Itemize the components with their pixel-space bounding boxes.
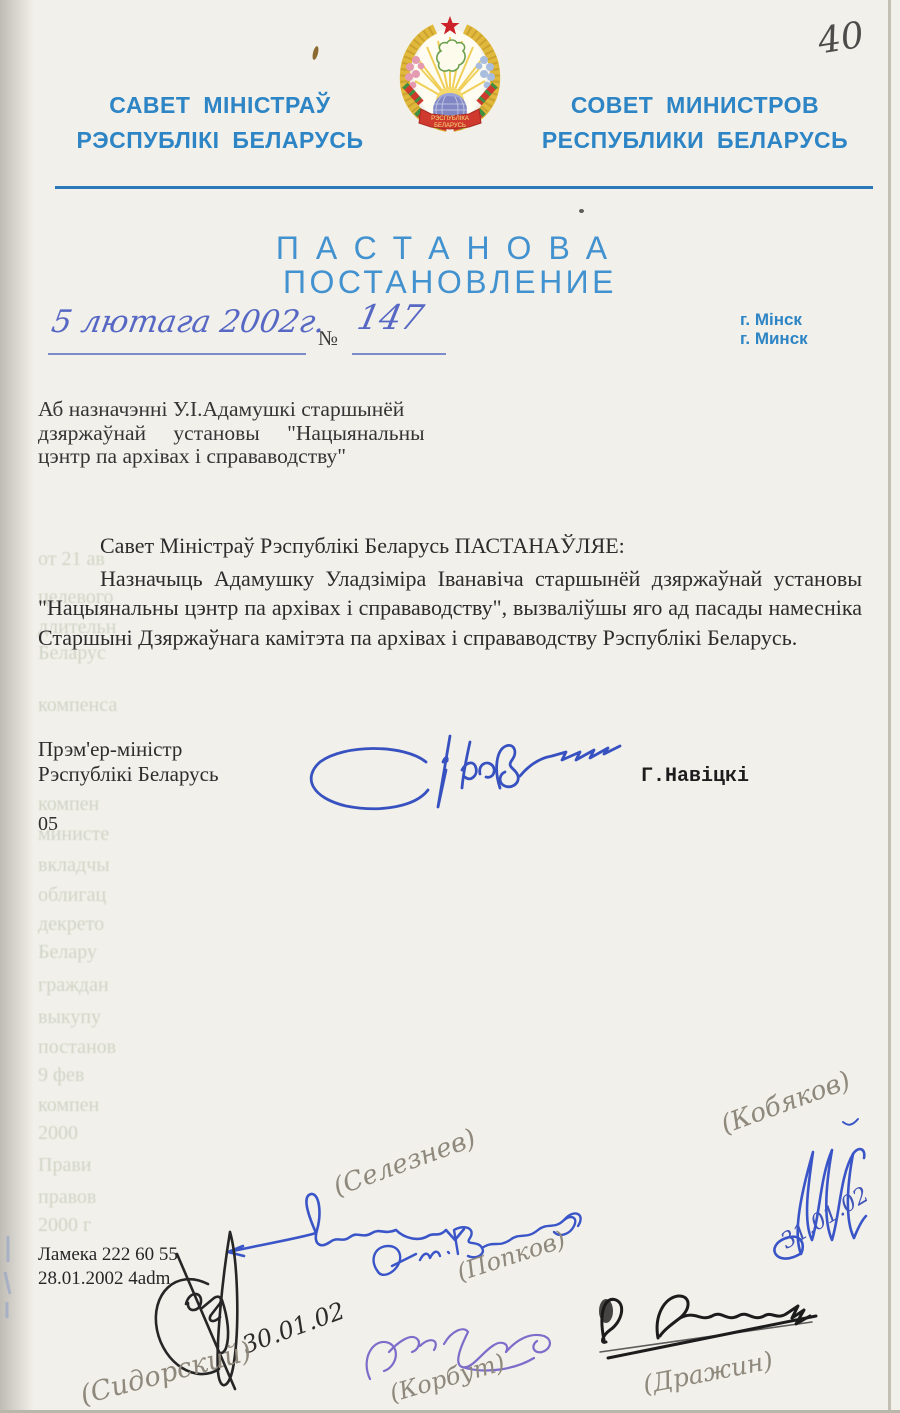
- number-underline: [352, 353, 446, 355]
- emblem-banner-text-line1: РЭСПУБЛІКА: [431, 116, 469, 122]
- city-block: г. Мінск г. Минск: [740, 310, 808, 348]
- paper-speck: [579, 209, 584, 213]
- bleedthrough-text: постанов: [38, 1036, 116, 1059]
- subject-block: Аб назначэнні У.І.Адамушкі старшынёй дзя…: [38, 398, 458, 469]
- bleedthrough-text: граждан: [38, 974, 109, 997]
- visa-name-korbut: (Корбут): [386, 1348, 508, 1408]
- org-name-by-line2: РЭСПУБЛІКІ БЕЛАРУСЬ: [40, 123, 400, 158]
- body-paragraph: Назначыць Адамушку Уладзіміра Іванавіча …: [38, 564, 862, 653]
- premier-name: Г.Навіцкі: [641, 765, 749, 788]
- bleedthrough-text: Белару: [38, 941, 97, 964]
- body-block: Савет Міністраў Рэспублікі Беларусь ПАСТ…: [38, 531, 862, 652]
- visa-signature-drazhin: [599, 1296, 816, 1358]
- footer-block: Ламека 222 60 55 28.01.2002 4adm: [38, 1243, 178, 1291]
- visa-signature-seleznev: [228, 1194, 464, 1256]
- signatures-layer: [0, 0, 900, 1413]
- body-lead: Савет Міністраў Рэспублікі Беларусь ПАСТ…: [38, 531, 862, 561]
- premier-title-block: Прэм'ер-міністр Рэспублікі Беларусь: [38, 737, 219, 787]
- visa-date-kobyakov: 31.01.02: [777, 1183, 874, 1255]
- subject-line: цэнтр па архівах і справаводству": [38, 445, 458, 469]
- bleedthrough-text: 9 фев: [38, 1064, 84, 1087]
- bleedthrough-text: выкупу: [38, 1006, 101, 1029]
- bleedthrough-text: 2000: [38, 1122, 78, 1145]
- org-name-ru-line2: РЕСПУБЛИКИ БЕЛАРУСЬ: [505, 123, 885, 158]
- bleedthrough-text: компен: [38, 1094, 99, 1117]
- visa-name-drazhin: (Дражин): [640, 1346, 775, 1400]
- org-name-ru-line1: СОВЕТ МИНИСТРОВ: [505, 88, 885, 123]
- visa-name-sidorsky: (Сидорский): [77, 1336, 255, 1411]
- bleedthrough-text: компенса: [38, 694, 117, 717]
- bleedthrough-text: облигац: [38, 884, 106, 907]
- org-name-russian: СОВЕТ МИНИСТРОВ РЕСПУБЛИКИ БЕЛАРУСЬ: [505, 88, 885, 158]
- bleedthrough-text: Прави: [38, 1154, 91, 1177]
- doc-title-russian: ПОСТАНОВЛЕНИЕ: [170, 264, 730, 301]
- sheet-number-annotation: 40: [815, 15, 867, 63]
- premier-title-line1: Прэм'ер-міністр: [38, 737, 219, 762]
- subject-line: Аб назначэнні У.І.Адамушкі старшынёй: [38, 398, 458, 422]
- subject-line: дзяржаўнай установы "Нацыянальны: [38, 422, 458, 446]
- bleedthrough-text: декрето: [38, 913, 104, 936]
- city-line-russian: г. Минск: [740, 329, 808, 348]
- visa-date-sidorsky: 30.01.02: [238, 1297, 348, 1360]
- org-name-belarusian: САВЕТ МІНІСТРАЎ РЭСПУБЛІКІ БЕЛАРУСЬ: [40, 88, 400, 158]
- date-handwritten: 5 лютага 2002г.: [49, 304, 328, 340]
- number-handwritten: 147: [354, 298, 427, 338]
- coat-of-arms-belarus-emblem: РЭСПУБЛІКА БЕЛАРУСЬ: [397, 15, 503, 135]
- premier-title-line2: Рэспублікі Беларусь: [38, 762, 219, 787]
- date-underline: [48, 353, 306, 355]
- header-divider-line: [55, 186, 873, 189]
- emblem-banner-text-line2: БЕЛАРУСЬ: [434, 123, 466, 129]
- org-name-by-line1: САВЕТ МІНІСТРАЎ: [40, 88, 400, 123]
- bleedthrough-text: вкладчы: [38, 854, 110, 877]
- footer-date-code: 28.01.2002 4adm: [38, 1267, 178, 1291]
- doc-title-belarusian: ПАСТАНОВА: [170, 230, 730, 267]
- city-line-belarusian: г. Мінск: [740, 310, 808, 329]
- premier-signature: [311, 736, 620, 809]
- document-page: от 21 ав целевого длительн Беларус компе…: [0, 0, 900, 1413]
- department-code: 05: [38, 813, 58, 836]
- visa-name-kobyakov: (Кобяков): [717, 1066, 855, 1141]
- bleedthrough-text: 2000 г: [38, 1214, 91, 1237]
- visa-name-popkov: (Попков): [453, 1225, 568, 1286]
- scan-edge-line: [888, 0, 891, 1413]
- bleedthrough-text: правов: [38, 1186, 96, 1209]
- footer-contact: Ламека 222 60 55: [38, 1243, 178, 1267]
- visa-name-seleznev: (Селезнев): [329, 1123, 480, 1202]
- scan-edge-shadow: [0, 0, 34, 1413]
- paper-speck: [311, 46, 319, 61]
